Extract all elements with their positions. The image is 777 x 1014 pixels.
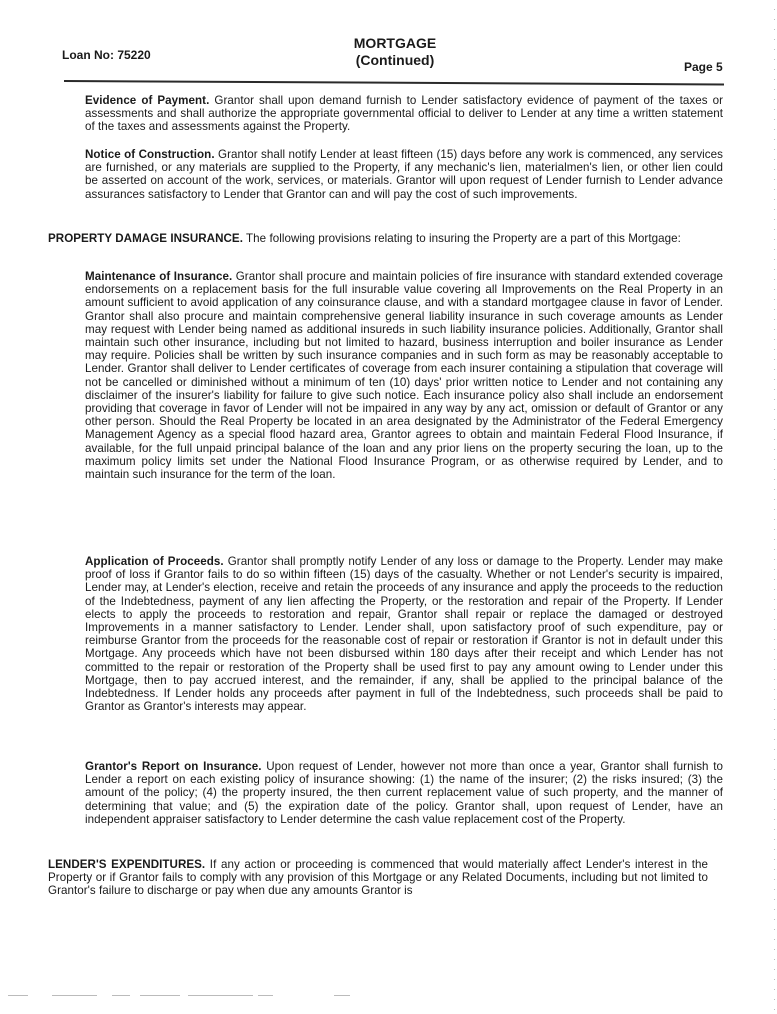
- section-heading: Grantor's Report on Insurance.: [85, 760, 262, 773]
- scan-artifact-edge: [774, 0, 775, 1014]
- section-maintenance-of-insurance: Maintenance of Insurance. Grantor shall …: [85, 270, 723, 481]
- section-heading: Evidence of Payment.: [85, 94, 209, 107]
- section-heading: Maintenance of Insurance.: [85, 270, 232, 283]
- section-body: Grantor shall promptly notify Lender of …: [85, 555, 723, 713]
- section-grantors-report-on-insurance: Grantor's Report on Insurance. Upon requ…: [85, 760, 723, 826]
- loan-number: Loan No: 75220: [62, 48, 151, 62]
- section-property-damage-insurance: PROPERTY DAMAGE INSURANCE. The following…: [48, 232, 708, 245]
- section-body: The following provisions relating to ins…: [243, 232, 681, 245]
- section-heading: Notice of Construction.: [85, 148, 215, 161]
- title-mortgage: MORTGAGE: [300, 35, 490, 52]
- section-evidence-of-payment: Evidence of Payment. Grantor shall upon …: [85, 94, 723, 134]
- header-divider: [64, 80, 724, 85]
- section-application-of-proceeds: Application of Proceeds. Grantor shall p…: [85, 555, 723, 713]
- page-number: Page 5: [684, 60, 723, 74]
- scan-artifact-footer: [0, 995, 777, 999]
- section-lenders-expenditures: LENDER'S EXPENDITURES. If any action or …: [48, 858, 708, 898]
- title-continued: (Continued): [300, 52, 490, 69]
- section-heading: LENDER'S EXPENDITURES.: [48, 858, 205, 871]
- section-body: Grantor shall procure and maintain polic…: [85, 270, 723, 481]
- section-notice-of-construction: Notice of Construction. Grantor shall no…: [85, 148, 723, 201]
- section-heading: PROPERTY DAMAGE INSURANCE.: [48, 232, 243, 245]
- section-heading: Application of Proceeds.: [85, 555, 224, 568]
- document-page: Loan No: 75220 MORTGAGE (Continued) Page…: [0, 0, 777, 1014]
- document-title: MORTGAGE (Continued): [300, 35, 490, 69]
